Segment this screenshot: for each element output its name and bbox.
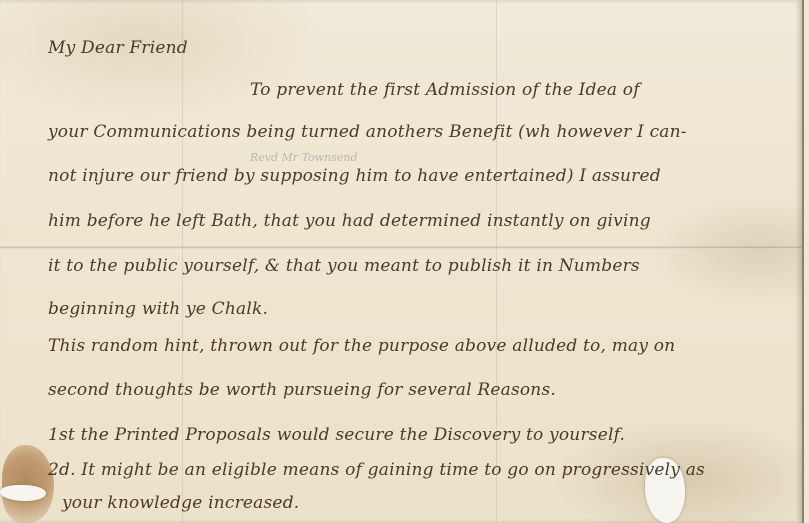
letter-line-6: beginning with ye Chalk. xyxy=(48,299,268,319)
paper-stain xyxy=(2,445,54,523)
letter-line-11: your knowledge increased. xyxy=(62,493,299,513)
letter-line-7: This random hint, thrown out for the pur… xyxy=(48,336,675,356)
letter-line-10: 2d. It might be an eligible means of gai… xyxy=(48,460,705,480)
horizontal-fold-crease xyxy=(0,246,802,249)
letter-line-4: him before he left Bath, that you had de… xyxy=(48,211,651,231)
letter-line-9: 1st the Printed Proposals would secure t… xyxy=(48,425,625,445)
salutation: My Dear Friend xyxy=(48,38,188,58)
pencil-annotation: Revd Mr Townsend xyxy=(250,151,357,164)
letter-line-8: second thoughts be worth pursueing for s… xyxy=(48,380,556,400)
letter-line-1: To prevent the first Admission of the Id… xyxy=(250,80,640,100)
letter-line-3: not injure our friend by supposing him t… xyxy=(48,166,661,186)
letter-page: My Dear Friend To prevent the first Admi… xyxy=(0,0,804,523)
letter-line-2: your Communications being turned another… xyxy=(48,122,687,142)
letter-line-5: it to the public yourself, & that you me… xyxy=(48,256,640,276)
